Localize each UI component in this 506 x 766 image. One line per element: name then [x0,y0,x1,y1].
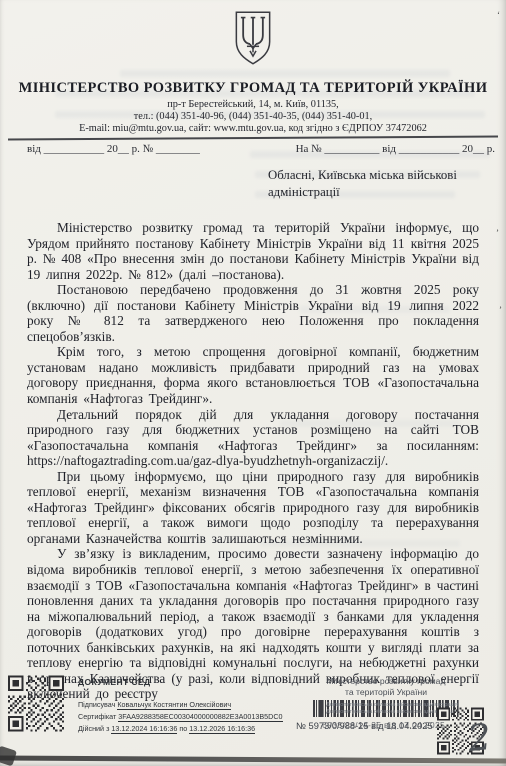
sed-title: ДОКУМЕНТ СЕД [78,677,298,687]
stamp-org-line1: Міністерство розвитку громад [296,676,476,687]
paragraph: При цьому інформуємо, що ціни природного… [27,469,479,547]
certificate-label: Сертифікат [78,712,116,721]
addressee-block: Обласні, Київська міська військові адмін… [268,167,468,200]
paragraph: Міністерство розвитку громад та територі… [27,220,479,282]
validity-line: Дійсний з 13.12.2024 16:16:36 по 13.12.2… [78,724,298,733]
paragraph: Крім того, з метою спрощення договірної … [27,344,479,406]
certificate-value: 3FAA9288358EC00304000000882E3A0013B5DC0 [118,712,282,722]
addressee-line1: Обласні, Київська міська військові [268,167,468,184]
reference-line: від ___________ 20__ р. № ________ На № … [27,143,495,155]
addressee-line2: адміністрації [268,184,468,201]
ministry-email-line: E-mail: miu@mtu.gov.ua, сайт: www.mtu.go… [0,123,506,134]
validity-label: Дійсний з [78,724,109,733]
letter-body: Міністерство розвитку громад та територі… [27,220,479,702]
paragraph: Детальний порядок дій для укладання дого… [27,407,479,469]
scan-speck: ʻ [497,10,500,20]
scan-speck: ʼ [499,305,502,315]
sed-document-qr-code [8,675,64,732]
valid-to: 13.12.2026 16:16:36 [189,724,255,734]
signer-name: Ковальчук Костянтин Олексійович [117,700,231,710]
header-divider [8,136,498,141]
valid-from: 13.12.2024 16:16:36 [111,724,177,734]
ministry-address: пр-т Берестейський, 14, м. Київ, 01135, [0,99,506,110]
outgoing-ref-blanks: від ___________ 20__ р. № ________ [27,143,200,155]
scan-bottom-edge [0,755,506,763]
paragraph: Постановою передбачено продовження до 31… [27,282,479,344]
scan-corner-mark [0,746,17,766]
signer-line: Підписувач Ковальчук Костянтин Олексійов… [78,700,298,709]
incoming-ref-blanks: На № __________ від ___________ 20__ р. [296,143,495,155]
certificate-line: Сертифікат 3FAA9288358EC00304000000882E3… [78,712,298,721]
signer-label: Підписувач [78,700,115,709]
ukraine-trident-emblem [229,10,277,66]
ministry-phones: тел.: (044) 351-40-96, (044) 351-40-35, … [0,111,506,122]
stamp-org-name: Міністерство розвитку громад та територі… [296,676,476,697]
scanned-letter-page: МІНІСТЕРСТВО РОЗВИТКУ ГРОМАД ТА ТЕРИТОРІ… [0,0,506,766]
bleed-through-line [120,70,450,77]
handwritten-page-number: 2 [466,717,493,760]
oblast-reg-number: 6938/26/14-25 від 17.04.2025 [322,720,445,730]
ministry-name: МІНІСТЕРСТВО РОЗВИТКУ ГРОМАД ТА ТЕРИТОРІ… [0,80,506,97]
validity-separator: по [179,724,187,733]
sed-signature-block: ДОКУМЕНТ СЕД Підписувач Ковальчук Костян… [78,677,298,733]
stamp-org-line2: та територій України [296,687,476,698]
scan-speck: ʼ [496,228,499,238]
